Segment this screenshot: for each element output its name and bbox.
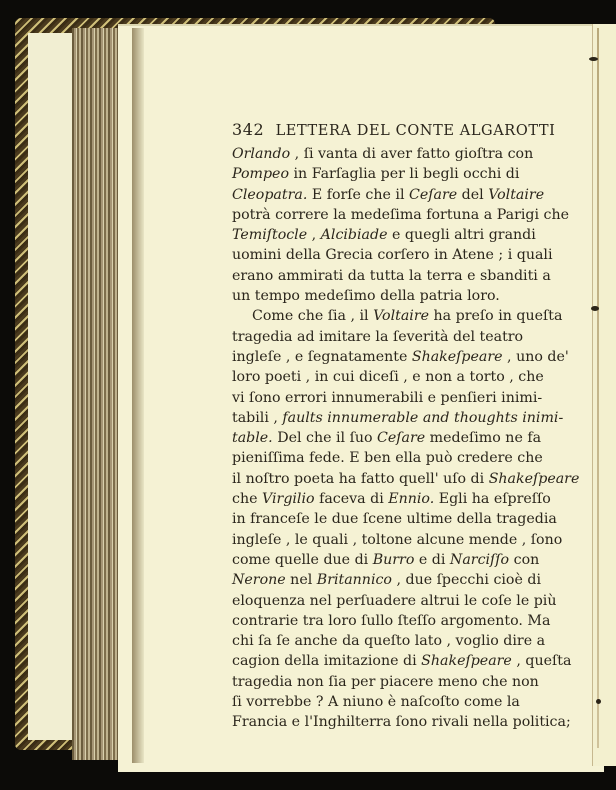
text-span: , ſi vanta di aver fatto gioſtra con [290, 146, 533, 162]
text-span: nel [286, 572, 317, 588]
italic-span: Burro [373, 552, 415, 568]
running-title: LETTERA DEL CONTE ALGAROTTI [276, 123, 556, 139]
text-line: Francia e l'Inghilterra ſono rivali nell… [232, 712, 512, 732]
text-span: in franceſe le due ſcene ultime della tr… [232, 511, 557, 527]
italic-span: Ceſare [409, 187, 457, 203]
text-line: in franceſe le due ſcene ultime della tr… [232, 509, 512, 529]
italic-span: Shakeſpeare [421, 653, 512, 669]
text-span: potrà correre la medeſima fortuna a Pari… [232, 207, 569, 223]
text-span: tragedia non ſia per piacere meno che no… [232, 674, 539, 690]
text-span: pieniſſima fede. E ben ella può credere … [232, 450, 543, 466]
text-line: erano ammirati da tutta la terra e sband… [232, 266, 512, 286]
text-span: un tempo medeſimo della patria loro. [232, 288, 500, 304]
text-span: Come che ſia , il [252, 308, 373, 324]
text-line: tabili , faults innumerable and thoughts… [232, 408, 512, 428]
text-line: tragedia ad imitare la ſeverità del teat… [232, 327, 512, 347]
text-line: uomini della Grecia corſero in Atene ; i… [232, 245, 512, 265]
text-span: vi ſono errori innumerabili e penſieri i… [232, 390, 542, 406]
italic-span: Ceſare [377, 430, 425, 446]
text-line: Nerone nel Britannico , due ſpecchi cioè… [232, 570, 512, 590]
text-line: vi ſono errori innumerabili e penſieri i… [232, 388, 512, 408]
text-line: Temiſtocle , Alcibiade e quegli altri gr… [232, 225, 512, 245]
text-span: ingleſe , e ſegnatamente [232, 349, 412, 365]
gutter-fold [597, 28, 599, 748]
text-line: eloquenza nel perſuadere altrui le coſe … [232, 591, 512, 611]
text-line: cagion della imitazione di Shakeſpeare ,… [232, 651, 512, 671]
italic-span: table. [232, 430, 273, 446]
text-span: ingleſe , le quali , toltone alcune mend… [232, 532, 562, 548]
text-line: tragedia non ſia per piacere meno che no… [232, 672, 512, 692]
text-span: in Farſaglia per li begli occhi di [289, 166, 519, 182]
text-span: erano ammirati da tutta la terra e sband… [232, 268, 551, 284]
italic-span: faults innumerable and thoughts inimi- [282, 410, 563, 426]
italic-span: Cleopatra. [232, 187, 307, 203]
text-line: Come che ſia , il Voltaire ha preſo in q… [232, 306, 512, 326]
spot-mark [589, 57, 598, 61]
text-line: chi ſa ſe anche da queſto lato , voglio … [232, 631, 512, 651]
text-span: eloquenza nel perſuadere altrui le coſe … [232, 593, 556, 609]
text-line: ſi vorrebbe ? A niuno è naſcoſto come la [232, 692, 512, 712]
text-line: Cleopatra. E forſe che il Ceſare del Vol… [232, 185, 512, 205]
text-span: e di [414, 552, 450, 568]
text-span: come quelle due di [232, 552, 373, 568]
page-edge-shadow [132, 28, 144, 763]
italic-span: Shakeſpeare [489, 471, 580, 487]
text-line: pieniſſima fede. E ben ella può credere … [232, 448, 512, 468]
text-line: potrà correre la medeſima fortuna a Pari… [232, 205, 512, 225]
italic-span: Temiſtocle [232, 227, 307, 243]
text-line: contrarie tra loro ſullo ſteſſo argoment… [232, 611, 512, 631]
text-span: cagion della imitazione di [232, 653, 421, 669]
italic-span: Ennio. [388, 491, 434, 507]
text-line: che Virgilio faceva di Ennio. Egli ha eſ… [232, 489, 512, 509]
text-span: , uno de' [503, 349, 569, 365]
text-span: Egli ha eſpreſſo [434, 491, 551, 507]
italic-span: Voltaire [373, 308, 429, 324]
text-span: uomini della Grecia corſero in Atene ; i… [232, 247, 553, 263]
text-line: ingleſe , e ſegnatamente Shakeſpeare , u… [232, 347, 512, 367]
text-span: chi ſa ſe anche da queſto lato , voglio … [232, 633, 545, 649]
text-span: tabili , [232, 410, 282, 426]
italic-span: Pompeo [232, 166, 289, 182]
text-span: il noſtro poeta ha fatto quell' uſo di [232, 471, 489, 487]
text-line: il noſtro poeta ha fatto quell' uſo di S… [232, 469, 512, 489]
text-span: Del che il ſuo [273, 430, 377, 446]
text-span: loro poeti , in cui diceſi , e non a tor… [232, 369, 544, 385]
page-text: 342 LETTERA DEL CONTE ALGAROTTI Orlando … [232, 120, 512, 733]
text-span: , [307, 227, 321, 243]
text-line: Orlando , ſi vanta di aver fatto gioſtra… [232, 144, 512, 164]
text-line: Pompeo in Farſaglia per li begli occhi d… [232, 164, 512, 184]
italic-span: Shakeſpeare [412, 349, 503, 365]
text-span: contrarie tra loro ſullo ſteſſo argoment… [232, 613, 550, 629]
italic-span: Narciſſo [450, 552, 509, 568]
book-scan: 342 LETTERA DEL CONTE ALGAROTTI Orlando … [0, 0, 616, 790]
italic-span: Virgilio [262, 491, 315, 507]
text-span: che [232, 491, 262, 507]
italic-span: Voltaire [488, 187, 544, 203]
text-span: , queſta [512, 653, 572, 669]
text-line: ingleſe , le quali , toltone alcune mend… [232, 530, 512, 550]
italic-span: Orlando [232, 146, 290, 162]
text-line: table. Del che il ſuo Ceſare medeſimo ne… [232, 428, 512, 448]
text-line: un tempo medeſimo della patria loro. [232, 286, 512, 306]
page-number: 342 [232, 120, 264, 139]
text-span: e quegli altri grandi [387, 227, 535, 243]
text-span: faceva di [315, 491, 389, 507]
text-span: ſi vorrebbe ? A niuno è naſcoſto come la [232, 694, 520, 710]
text-span: E forſe che il [307, 187, 409, 203]
text-line: come quelle due di Burro e di Narciſſo c… [232, 550, 512, 570]
text-span: Francia e l'Inghilterra ſono rivali nell… [232, 714, 571, 730]
italic-span: Britannico [317, 572, 392, 588]
text-span: con [509, 552, 539, 568]
text-span: , due ſpecchi cioè di [392, 572, 541, 588]
body-text: Orlando , ſi vanta di aver fatto gioſtra… [232, 144, 512, 733]
next-page-strip [592, 24, 616, 766]
text-span: del [457, 187, 488, 203]
running-head: 342 LETTERA DEL CONTE ALGAROTTI [232, 120, 512, 144]
italic-span: Alcibiade [321, 227, 388, 243]
text-span: medeſimo ne fa [425, 430, 541, 446]
spot-mark [591, 306, 599, 311]
text-line: loro poeti , in cui diceſi , e non a tor… [232, 367, 512, 387]
spot-mark [596, 699, 601, 704]
italic-span: Nerone [232, 572, 286, 588]
text-span: tragedia ad imitare la ſeverità del teat… [232, 329, 523, 345]
text-span: ha preſo in queſta [429, 308, 562, 324]
